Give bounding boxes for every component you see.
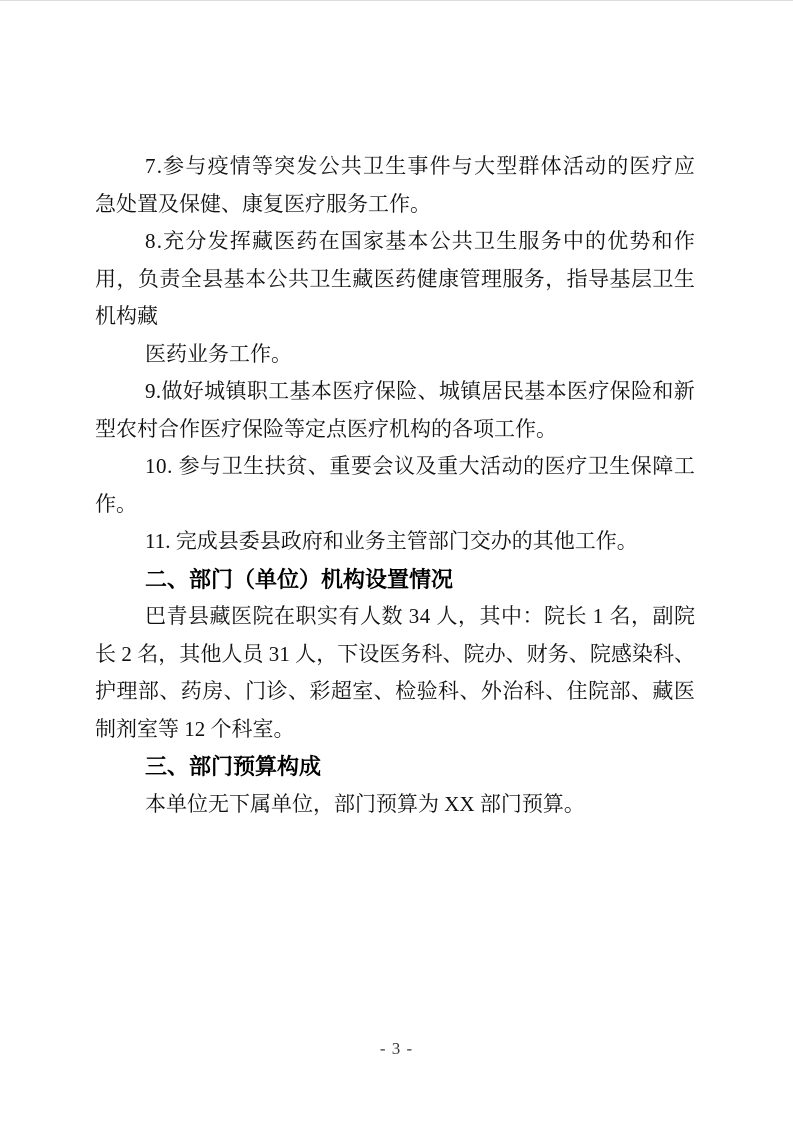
text-line: 型农村合作医疗保险等定点医疗机构的各项工作。 <box>95 411 695 449</box>
text-line: 护理部、药房、门诊、彩超室、检验科、外治科、住院部、藏医 <box>95 673 695 711</box>
text-line: 急处置及保健、康复医疗服务工作。 <box>95 186 695 224</box>
text-line: 11. 完成县委县政府和业务主管部门交办的其他工作。 <box>95 523 695 561</box>
text-line: 10. 参与卫生扶贫、重要会议及重大活动的医疗卫生保障工 <box>95 448 695 486</box>
document-body: 7.参与疫情等突发公共卫生事件与大型群体活动的医疗应急处置及保健、康复医疗服务工… <box>95 148 695 823</box>
text-line: 8.充分发挥藏医药在国家基本公共卫生服务中的优势和作 <box>95 223 695 261</box>
text-line: 作。 <box>95 486 695 524</box>
text-line: 本单位无下属单位，部门预算为 XX 部门预算。 <box>95 786 695 824</box>
text-line: 机构藏 <box>95 298 695 336</box>
page-number: - 3 - <box>0 1039 793 1059</box>
text-line: 用，负责全县基本公共卫生藏医药健康管理服务，指导基层卫生 <box>95 261 695 299</box>
text-line: 巴青县藏医院在职实有人数 34 人，其中：院长 1 名，副院 <box>95 598 695 636</box>
text-line: 7.参与疫情等突发公共卫生事件与大型群体活动的医疗应 <box>95 148 695 186</box>
text-line: 长 2 名，其他人员 31 人，下设医务科、院办、财务、院感染科、 <box>95 636 695 674</box>
text-line: 9.做好城镇职工基本医疗保险、城镇居民基本医疗保险和新 <box>95 373 695 411</box>
text-line: 制剂室等 12 个科室。 <box>95 711 695 749</box>
document-page: 7.参与疫情等突发公共卫生事件与大型群体活动的医疗应急处置及保健、康复医疗服务工… <box>0 0 793 1122</box>
section-heading: 三、部门预算构成 <box>95 748 695 786</box>
text-line: 医药业务工作。 <box>95 336 695 374</box>
section-heading: 二、部门（单位）机构设置情况 <box>95 561 695 599</box>
